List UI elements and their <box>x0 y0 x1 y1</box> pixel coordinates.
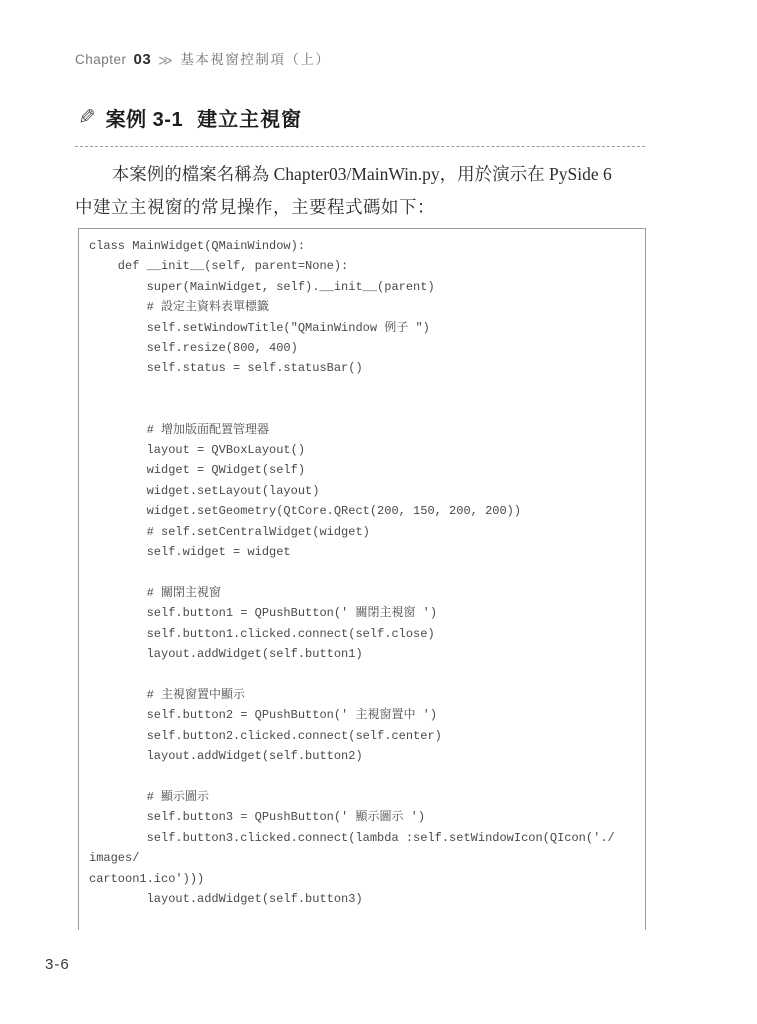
book-page: { "header": { "chapter_label": "Chapter"… <box>0 0 757 1024</box>
chapter-number: 03 <box>134 51 152 68</box>
chapter-header: Chapter 03 ≫ 基本視窗控制項（上） <box>75 48 330 68</box>
double-chevron-icon: ≫ <box>158 52 173 69</box>
chapter-title: 基本視窗控制項（上） <box>180 48 330 68</box>
section-heading: ✎ 案例 3-1 建立主視窗 <box>78 103 302 132</box>
case-label: 案例 3-1 <box>106 103 183 132</box>
case-title: 建立主視窗 <box>197 103 302 132</box>
chapter-label: Chapter <box>75 52 127 67</box>
code-listing: class MainWidget(QMainWindow): def __ini… <box>79 229 645 909</box>
intro-paragraph: 本案例的檔案名稱為 Chapter03/MainWin.py，用於演示在 PyS… <box>75 158 647 224</box>
dashed-divider <box>75 146 645 147</box>
pencil-icon: ✎ <box>78 107 96 128</box>
page-number: 3-6 <box>45 956 70 973</box>
intro-line-2: 中建立主視窗的常見操作，主要程式碼如下： <box>75 191 647 224</box>
code-listing-box: class MainWidget(QMainWindow): def __ini… <box>78 228 646 930</box>
intro-line-1: 本案例的檔案名稱為 Chapter03/MainWin.py，用於演示在 PyS… <box>75 158 647 191</box>
